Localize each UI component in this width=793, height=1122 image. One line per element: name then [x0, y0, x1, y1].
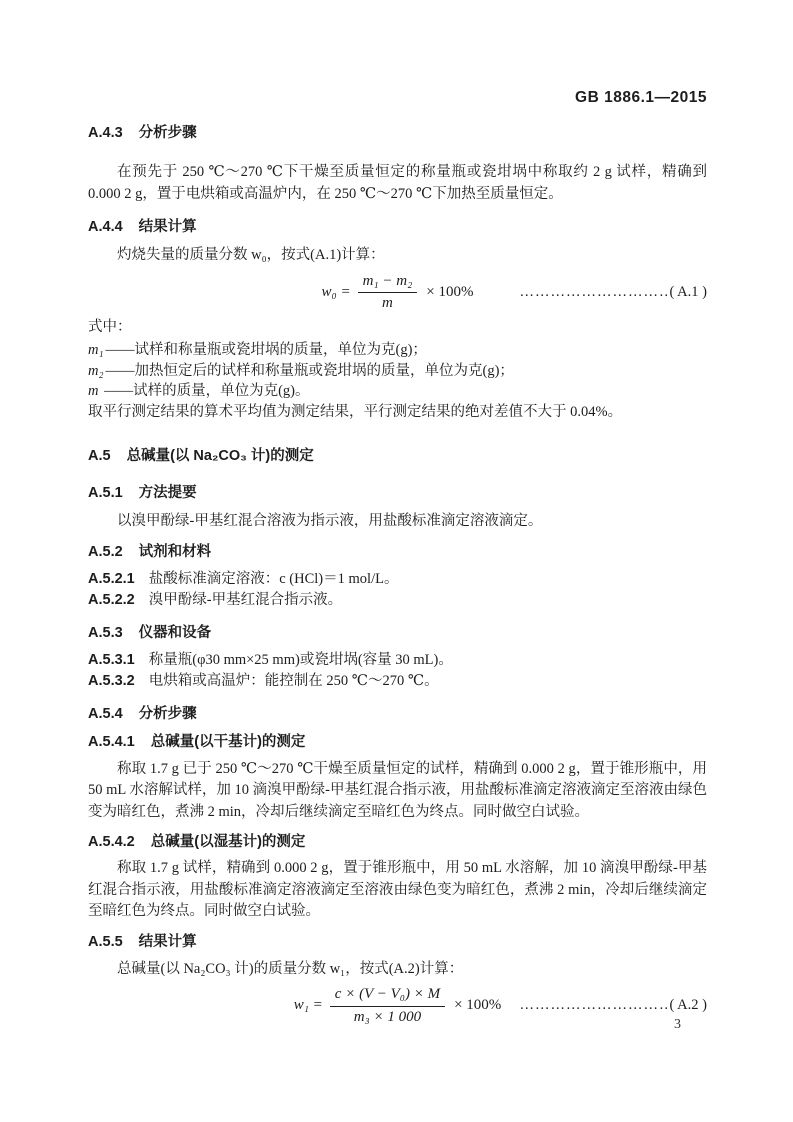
formula-a2-dot-leader: ……………………………	[520, 995, 668, 1017]
formula-a1-lhs: w₀ =	[321, 282, 350, 304]
heading-a5-4-number: A.5.4	[88, 706, 123, 722]
symbol-m-desc: ——试样的质量，单位为克(g)。	[100, 383, 309, 399]
symbol-m2-desc: ——加热恒定后的试样和称量瓶或瓷坩埚的质量，单位为克(g)；	[106, 363, 514, 379]
heading-a5: A.5总碱量(以 Na₂CO₃ 计)的测定	[88, 445, 707, 467]
heading-a5-4-2-title: 总碱量(以湿基计)的测定	[151, 834, 306, 850]
symbol-definition-m1: m₁——试样和称量瓶或瓷坩埚的质量，单位为克(g)；	[88, 340, 707, 361]
symbol-definition-m2: m₂——加热恒定后的试样和称量瓶或瓷坩埚的质量，单位为克(g)；	[88, 361, 707, 382]
heading-a5-title: 总碱量(以 Na₂CO₃ 计)的测定	[127, 448, 314, 464]
heading-a5-4-1: A.5.4.1总碱量(以干基计)的测定	[88, 731, 707, 753]
formula-a1-dot-leader: ……………………………	[520, 282, 668, 304]
formula-a2-denominator: m₃ × 1 000	[349, 1007, 426, 1026]
formula-a2-label: ( A.2 )	[670, 995, 707, 1017]
heading-a5-3-title: 仪器和设备	[139, 625, 212, 641]
symbol-definitions: m₁——试样和称量瓶或瓷坩埚的质量，单位为克(g)； m₂——加热恒定后的试样和…	[88, 340, 707, 402]
symbol-m1: m₁	[88, 342, 104, 358]
clause-a5-2-2-number: A.5.2.2	[88, 592, 135, 608]
formula-a1: w₀ = m₁ − m₂ m × 100% …………………………… ( A.1 …	[88, 271, 707, 315]
clause-a5-2-1: A.5.2.1盐酸标准滴定溶液：c (HCl)＝1 mol/L。	[88, 569, 707, 591]
heading-a5-1-title: 方法提要	[139, 485, 197, 501]
heading-a4-4-number: A.4.4	[88, 219, 123, 235]
heading-a4-4-title: 结果计算	[139, 219, 197, 235]
heading-a5-4: A.5.4分析步骤	[88, 703, 707, 725]
formula-a2-lhs: w₁ =	[294, 995, 323, 1017]
heading-a4-3: A.4.3分析步骤	[88, 122, 707, 144]
formula-a1-label: ( A.1 )	[670, 282, 707, 304]
formula-a2: w₁ = c × (V − V₀) × M m₃ × 1 000 × 100% …	[88, 982, 707, 1030]
formula-a1-denominator: m	[377, 293, 398, 312]
clause-a5-3-1-text: 称量瓶(φ30 mm×25 mm)或瓷坩埚(容量 30 mL)。	[149, 652, 453, 668]
document-content: GB 1886.1—2015 A.4.3分析步骤 在预先于 250 ℃～270 …	[88, 88, 707, 1030]
heading-a5-4-1-number: A.5.4.1	[88, 734, 135, 750]
heading-a5-2: A.5.2试剂和材料	[88, 541, 707, 563]
heading-a5-4-1-title: 总碱量(以干基计)的测定	[151, 734, 306, 750]
formula-a1-numerator: m₁ − m₂	[358, 273, 418, 293]
symbol-m: m	[88, 383, 98, 399]
precision-note: 取平行测定结果的算术平均值为测定结果，平行测定结果的绝对差值不大于 0.04%。	[88, 402, 707, 424]
formula-a2-intro: 总碱量(以 Na₂CO₃ 计)的质量分数 w₁，按式(A.2)计算：	[88, 959, 707, 981]
para-a4-3: 在预先于 250 ℃～270 ℃下干燥至质量恒定的称量瓶或瓷坩埚中称取约 2 g…	[88, 162, 707, 205]
formula-a2-numerator: c × (V − V₀) × M	[330, 986, 445, 1006]
page-number: 3	[674, 1017, 681, 1033]
para-a5-4-2: 称取 1.7 g 试样，精确到 0.000 2 g，置于锥形瓶中，用 50 mL…	[88, 858, 707, 923]
formula-a2-expression: w₁ = c × (V − V₀) × M m₃ × 1 000 × 100%	[294, 986, 502, 1026]
heading-a5-3-number: A.5.3	[88, 625, 123, 641]
clause-a5-2-1-text: 盐酸标准滴定溶液：c (HCl)＝1 mol/L。	[149, 571, 399, 587]
formula-a1-tail: × 100%	[426, 282, 473, 304]
heading-a5-4-2-number: A.5.4.2	[88, 834, 135, 850]
formula-a2-right: …………………………… ( A.2 )	[501, 995, 707, 1017]
symbol-m1-desc: ——试样和称量瓶或瓷坩埚的质量，单位为克(g)；	[106, 342, 427, 358]
heading-a4-4: A.4.4结果计算	[88, 216, 707, 238]
clause-a5-3-1-number: A.5.3.1	[88, 652, 135, 668]
para-a5-1: 以溴甲酚绿-甲基红混合溶液为指示液，用盐酸标准滴定溶液滴定。	[88, 511, 707, 533]
formula-a1-right: …………………………… ( A.1 )	[474, 282, 707, 304]
document-page: GB 1886.1—2015 A.4.3分析步骤 在预先于 250 ℃～270 …	[0, 0, 793, 1122]
symbol-definition-m: m ——试样的质量，单位为克(g)。	[88, 381, 707, 402]
symbol-m2: m₂	[88, 363, 104, 379]
heading-a5-number: A.5	[88, 448, 111, 464]
heading-a5-5: A.5.5结果计算	[88, 931, 707, 953]
clause-a5-2-2-text: 溴甲酚绿-甲基红混合指示液。	[149, 592, 342, 608]
formula-a2-fraction: c × (V − V₀) × M m₃ × 1 000	[330, 986, 445, 1026]
heading-a5-5-title: 结果计算	[139, 934, 197, 950]
heading-a5-4-2: A.5.4.2总碱量(以湿基计)的测定	[88, 831, 707, 853]
clause-a5-3-2-text: 电烘箱或高温炉：能控制在 250 ℃～270 ℃。	[149, 673, 439, 689]
heading-a4-3-title: 分析步骤	[139, 125, 197, 141]
heading-a5-4-title: 分析步骤	[139, 706, 197, 722]
clause-a5-3-2-number: A.5.3.2	[88, 673, 135, 689]
heading-a5-3: A.5.3仪器和设备	[88, 622, 707, 644]
clause-a5-2-1-number: A.5.2.1	[88, 571, 135, 587]
doc-number: GB 1886.1—2015	[88, 88, 707, 107]
clause-a5-2-2: A.5.2.2溴甲酚绿-甲基红混合指示液。	[88, 590, 707, 612]
where-label: 式中：	[88, 317, 707, 339]
clause-a5-3-2: A.5.3.2电烘箱或高温炉：能控制在 250 ℃～270 ℃。	[88, 671, 707, 693]
heading-a5-2-title: 试剂和材料	[139, 544, 212, 560]
heading-a5-1: A.5.1方法提要	[88, 482, 707, 504]
formula-a2-tail: × 100%	[454, 995, 501, 1017]
formula-a1-expression: w₀ = m₁ − m₂ m × 100%	[321, 273, 473, 313]
heading-a5-2-number: A.5.2	[88, 544, 123, 560]
heading-a5-5-number: A.5.5	[88, 934, 123, 950]
formula-a1-fraction: m₁ − m₂ m	[358, 273, 418, 313]
formula-a1-intro: 灼烧失量的质量分数 w₀，按式(A.1)计算：	[88, 245, 707, 267]
clause-a5-3-1: A.5.3.1称量瓶(φ30 mm×25 mm)或瓷坩埚(容量 30 mL)。	[88, 650, 707, 672]
heading-a4-3-number: A.4.3	[88, 125, 123, 141]
para-a5-4-1: 称取 1.7 g 已于 250 ℃～270 ℃干燥至质量恒定的试样，精确到 0.…	[88, 759, 707, 824]
heading-a5-1-number: A.5.1	[88, 485, 123, 501]
